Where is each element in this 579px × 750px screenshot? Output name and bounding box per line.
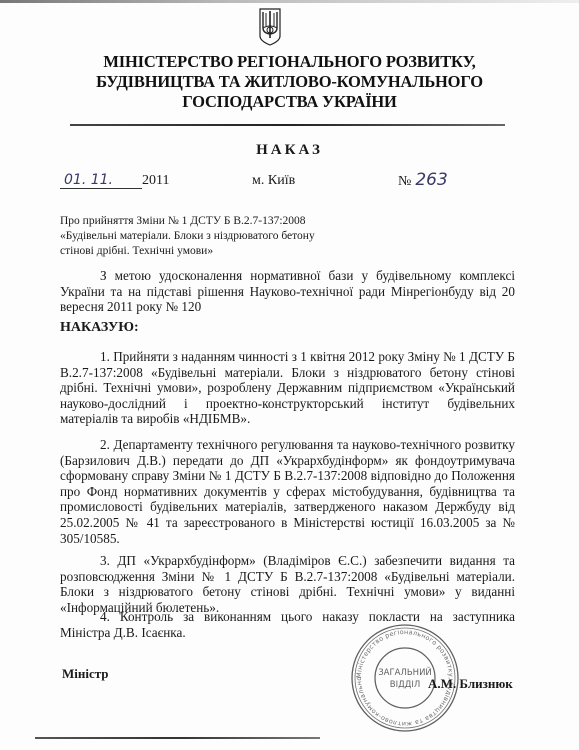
number-label: № (398, 174, 411, 189)
order-subject: Про прийняття Зміни № 1 ДСТУ Б В.2.7-137… (60, 214, 330, 259)
order-year: 2011 (142, 173, 169, 188)
order-title: НАКАЗ (0, 142, 579, 159)
ministry-line: МІНІСТЕРСТВО РЕГІОНАЛЬНОГО РОЗВИТКУ, (0, 52, 579, 72)
subject-line: Про прийняття Зміни № 1 ДСТУ Б В.2.7-137… (60, 214, 330, 229)
footer-divider (35, 737, 320, 739)
subject-line: стінові дрібні. Технічні умови» (60, 244, 330, 259)
scan-edge (0, 0, 579, 3)
handwritten-date: 01. 11. (60, 172, 142, 189)
order-item-2: 2. Департаменту технічного регулювання т… (60, 437, 515, 546)
header-divider (70, 124, 505, 126)
ministry-line: ГОСПОДАРСТВА УКРАЇНИ (0, 92, 579, 112)
intro-paragraph: З метою удосконалення нормативної бази у… (60, 268, 515, 315)
ministry-heading: МІНІСТЕРСТВО РЕГІОНАЛЬНОГО РОЗВИТКУ, БУД… (0, 52, 579, 112)
order-item-3: 3. ДП «Укрархбудінформ» (Владіміров Є.С.… (60, 553, 515, 615)
ministry-line: БУДІВНИЦТВА ТА ЖИТЛОВО-КОМУНАЛЬНОГО (0, 72, 579, 92)
directive-heading: НАКАЗУЮ: (60, 320, 139, 336)
order-number: №263 (398, 170, 448, 190)
signatory-role: Міністр (62, 666, 109, 682)
coat-of-arms-icon (259, 8, 281, 46)
handwritten-number: 263 (415, 170, 447, 190)
order-city: м. Київ (252, 173, 295, 189)
subject-line: «Будівельні матеріали. Блоки з ніздрюват… (60, 229, 330, 244)
signatory-name: А.М. Близнюк (428, 676, 513, 692)
document-page: МІНІСТЕРСТВО РЕГІОНАЛЬНОГО РОЗВИТКУ, БУД… (0, 0, 579, 750)
stamp-center-line: ЗАГАЛЬНИЙ (378, 666, 432, 678)
order-date: 01. 11.2011 (60, 172, 169, 189)
stamp-center-line: ВІДДІЛ (390, 680, 421, 690)
order-item-1: 1. Прийняти з наданням чинності з 1 квіт… (60, 349, 515, 427)
